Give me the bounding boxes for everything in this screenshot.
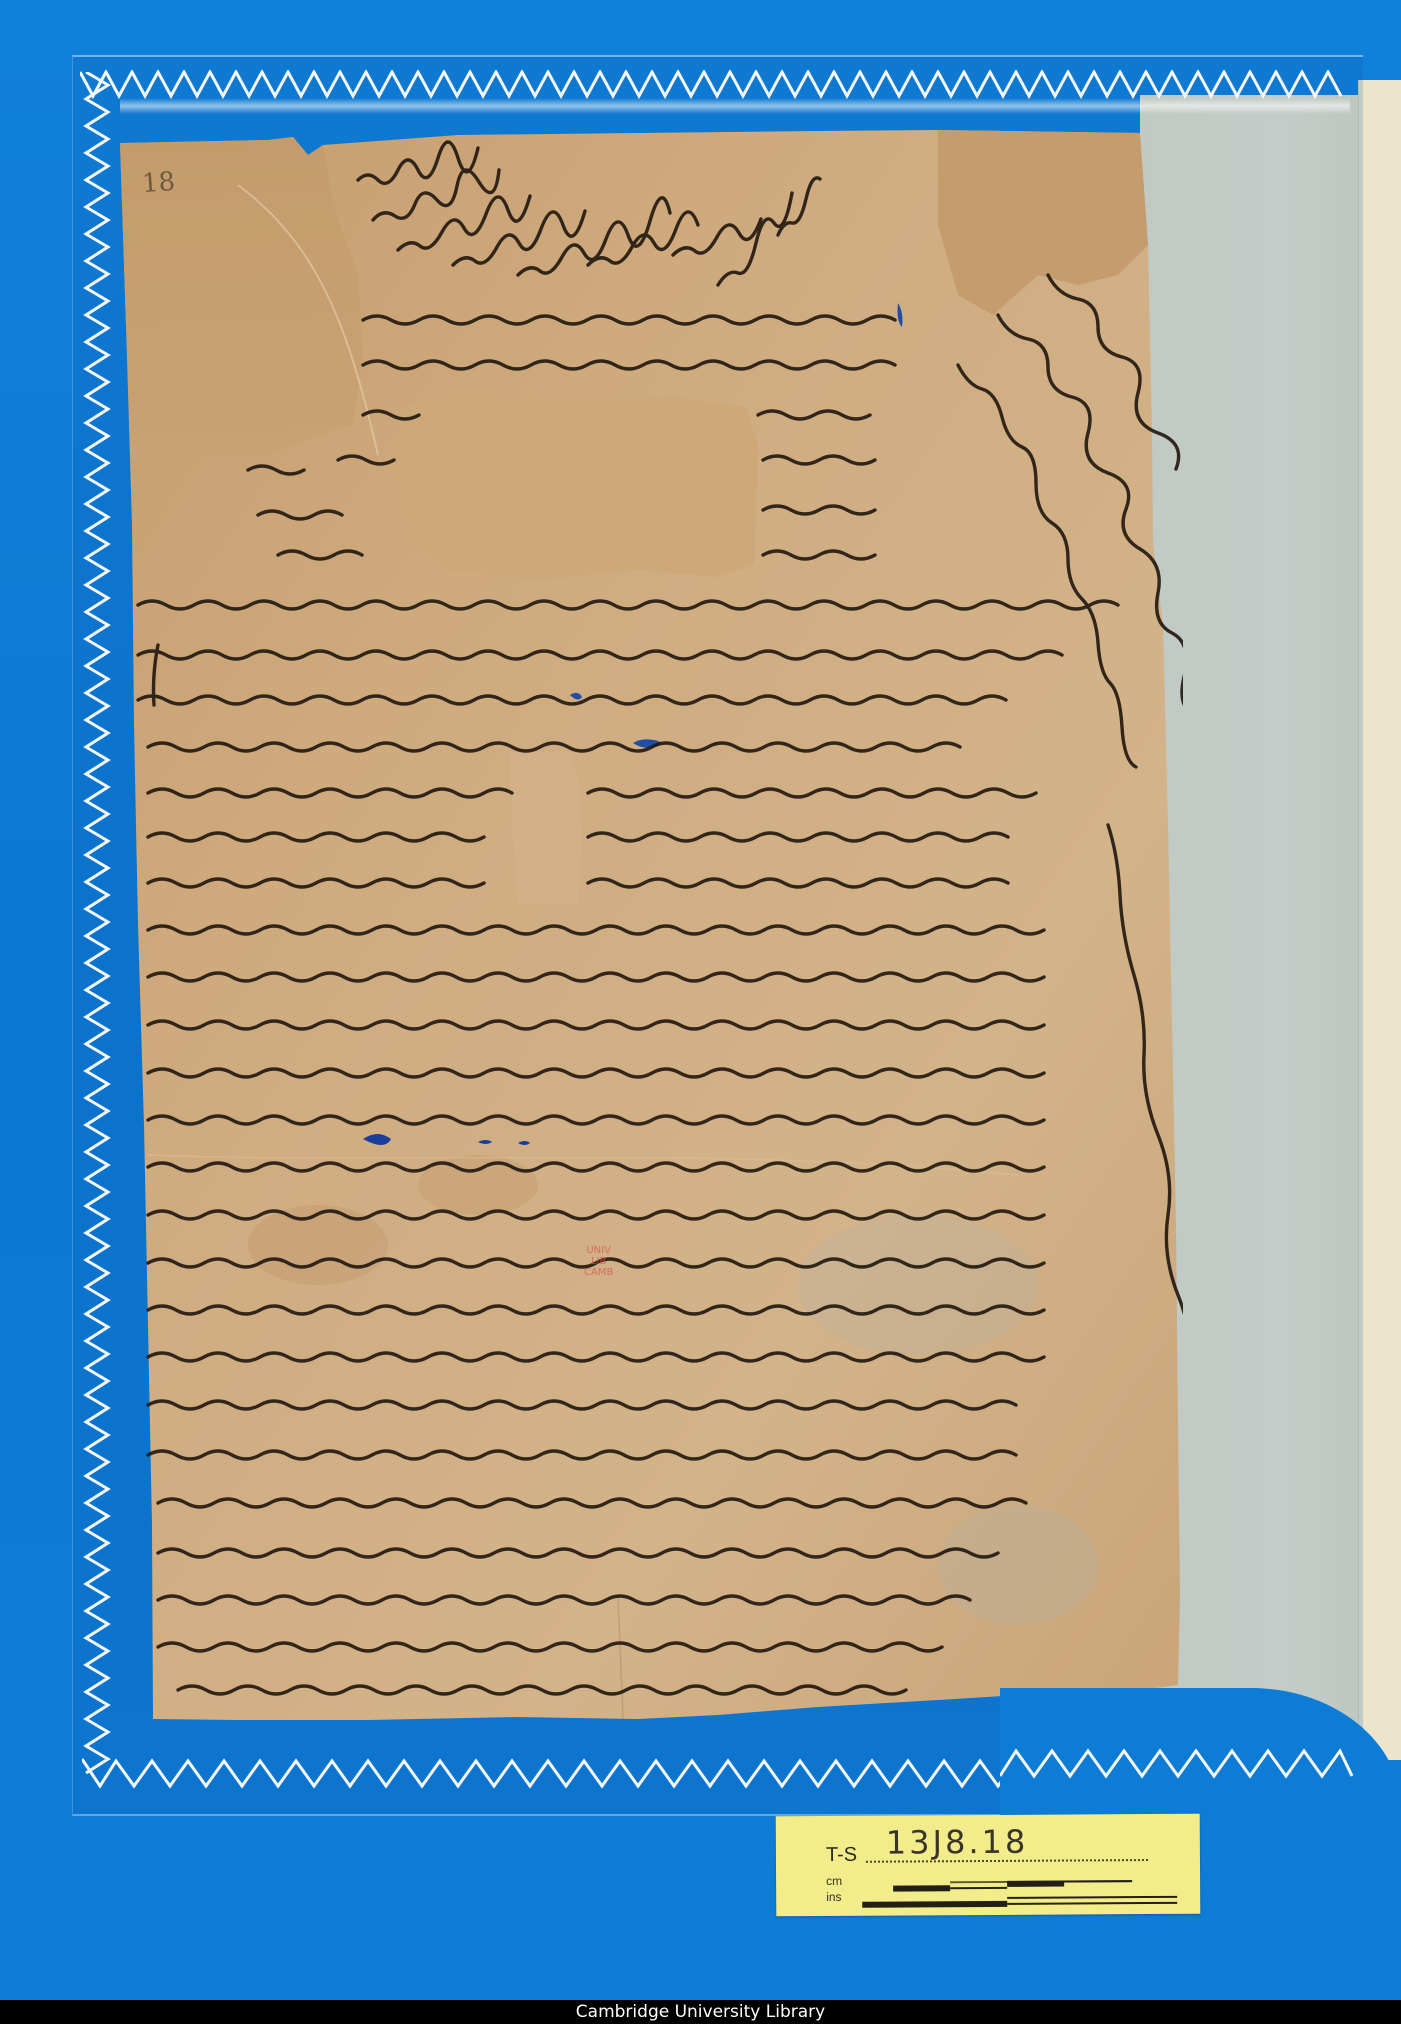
stitch-top — [80, 70, 1345, 100]
library-stamp: UNIV LIB CAMB — [584, 1245, 613, 1278]
mount-paper-edge — [1358, 80, 1401, 1760]
sleeve-reflection — [120, 98, 1350, 114]
scale-unit-cm: cm — [826, 1874, 842, 1888]
folio-number: 18 — [141, 167, 176, 199]
repair-patch-upper — [398, 397, 758, 580]
shelfmark-label: T-S 13J8.18 cm ins — [776, 1814, 1201, 1917]
stitch-bottom-right — [1000, 1747, 1360, 1779]
manuscript-scan: 18 UNIV LIB CAMB T-S 13J8.18 cm ins — [0, 0, 1401, 2000]
image-credit-footer: Cambridge University Library — [0, 2000, 1401, 2024]
manuscript-fragment — [118, 125, 1183, 1720]
repair-patch-middle — [510, 751, 582, 905]
shelfmark-number: 13J8.18 — [886, 1823, 1029, 1862]
stitch-left — [82, 72, 112, 1787]
scale-unit-ins: ins — [826, 1890, 841, 1904]
shelfmark-prefix: T-S — [826, 1844, 857, 1867]
